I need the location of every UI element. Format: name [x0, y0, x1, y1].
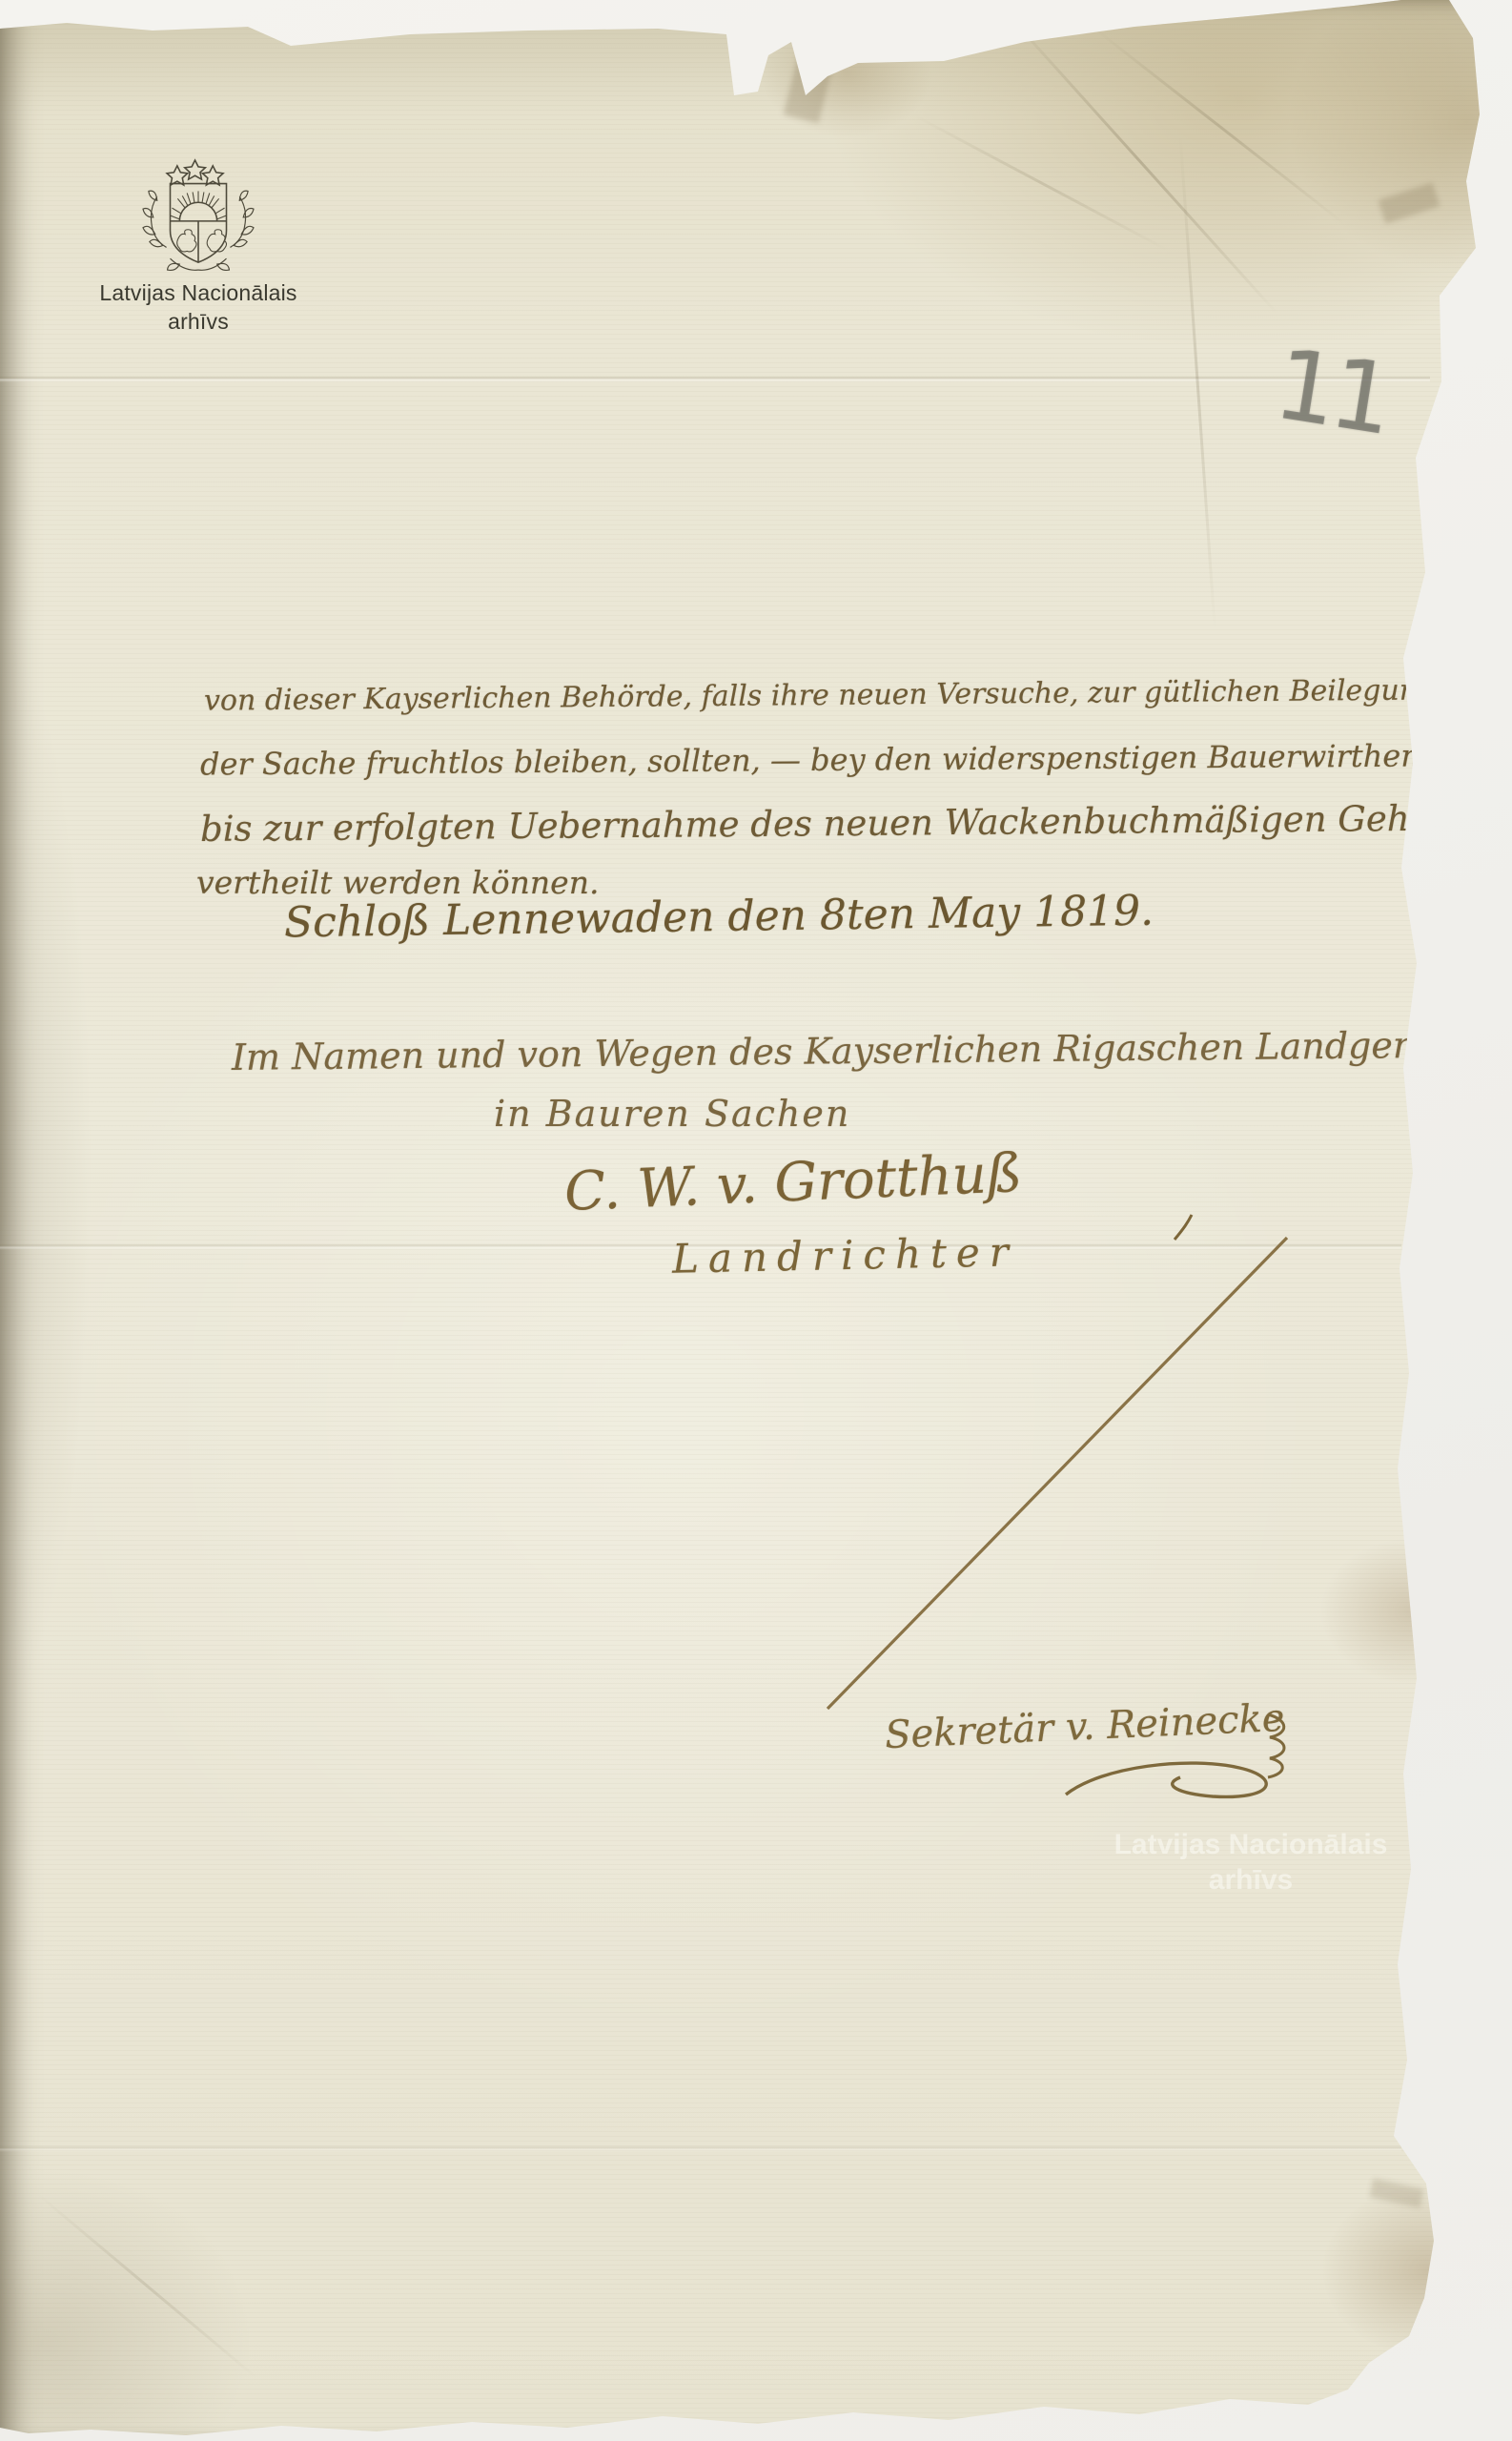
fold-crease-top: [0, 376, 1430, 382]
archive-stamp-label-line1: Latvijas Nacionālais: [84, 278, 313, 307]
manuscript-line-2: der Sache fruchtlos bleiben, sollten, — …: [200, 738, 1420, 783]
manuscript-closing-line-2: in Bauren Sachen: [494, 1093, 850, 1135]
manuscript-line-3: bis zur erfolgten Uebernahme des neuen W…: [200, 797, 1508, 850]
latvia-coat-of-arms-icon: [142, 153, 255, 278]
archive-watermark: Latvijas Nacionālais arhīvs: [1087, 1827, 1415, 1897]
judge-signature-title: Landrichter: [672, 1228, 1019, 1282]
watermark-line2: arhīvs: [1087, 1862, 1415, 1897]
crumple-crease: [914, 114, 1168, 251]
paper-sheet: Latvijas Nacionālais arhīvs 11 von diese…: [0, 0, 1512, 2441]
pencil-page-number: 11: [1267, 328, 1396, 458]
manuscript-closing-line-1: Im Namen und von Wegen des Kayserlichen …: [232, 1023, 1499, 1078]
secretary-signature: Sekretär v. Reinecke: [884, 1696, 1285, 1757]
scanned-archive-document: Latvijas Nacionālais arhīvs 11 von diese…: [0, 0, 1512, 2441]
landrichter-end-stroke: [1175, 1215, 1192, 1240]
edge-tear: [784, 31, 840, 124]
signature-flourish: [1066, 1763, 1266, 1796]
edge-tear: [1370, 2179, 1424, 2208]
diagonal-cancellation-line: [828, 1238, 1287, 1709]
crumple-crease: [1095, 29, 1345, 225]
crumple-crease: [1002, 8, 1278, 315]
judge-signature: C. W. v. Grotthuß: [563, 1142, 1023, 1223]
archive-stamp-label-line2: arhīvs: [84, 307, 313, 336]
crumple-crease: [37, 2193, 258, 2379]
edge-tear: [1378, 182, 1440, 223]
manuscript-line-1: von dieser Kayserlichen Behörde, falls i…: [204, 673, 1437, 717]
archive-stamp: Latvijas Nacionālais arhīvs: [84, 153, 313, 336]
fold-crease-bottom: [0, 2145, 1401, 2152]
watermark-line1: Latvijas Nacionālais: [1087, 1827, 1415, 1862]
